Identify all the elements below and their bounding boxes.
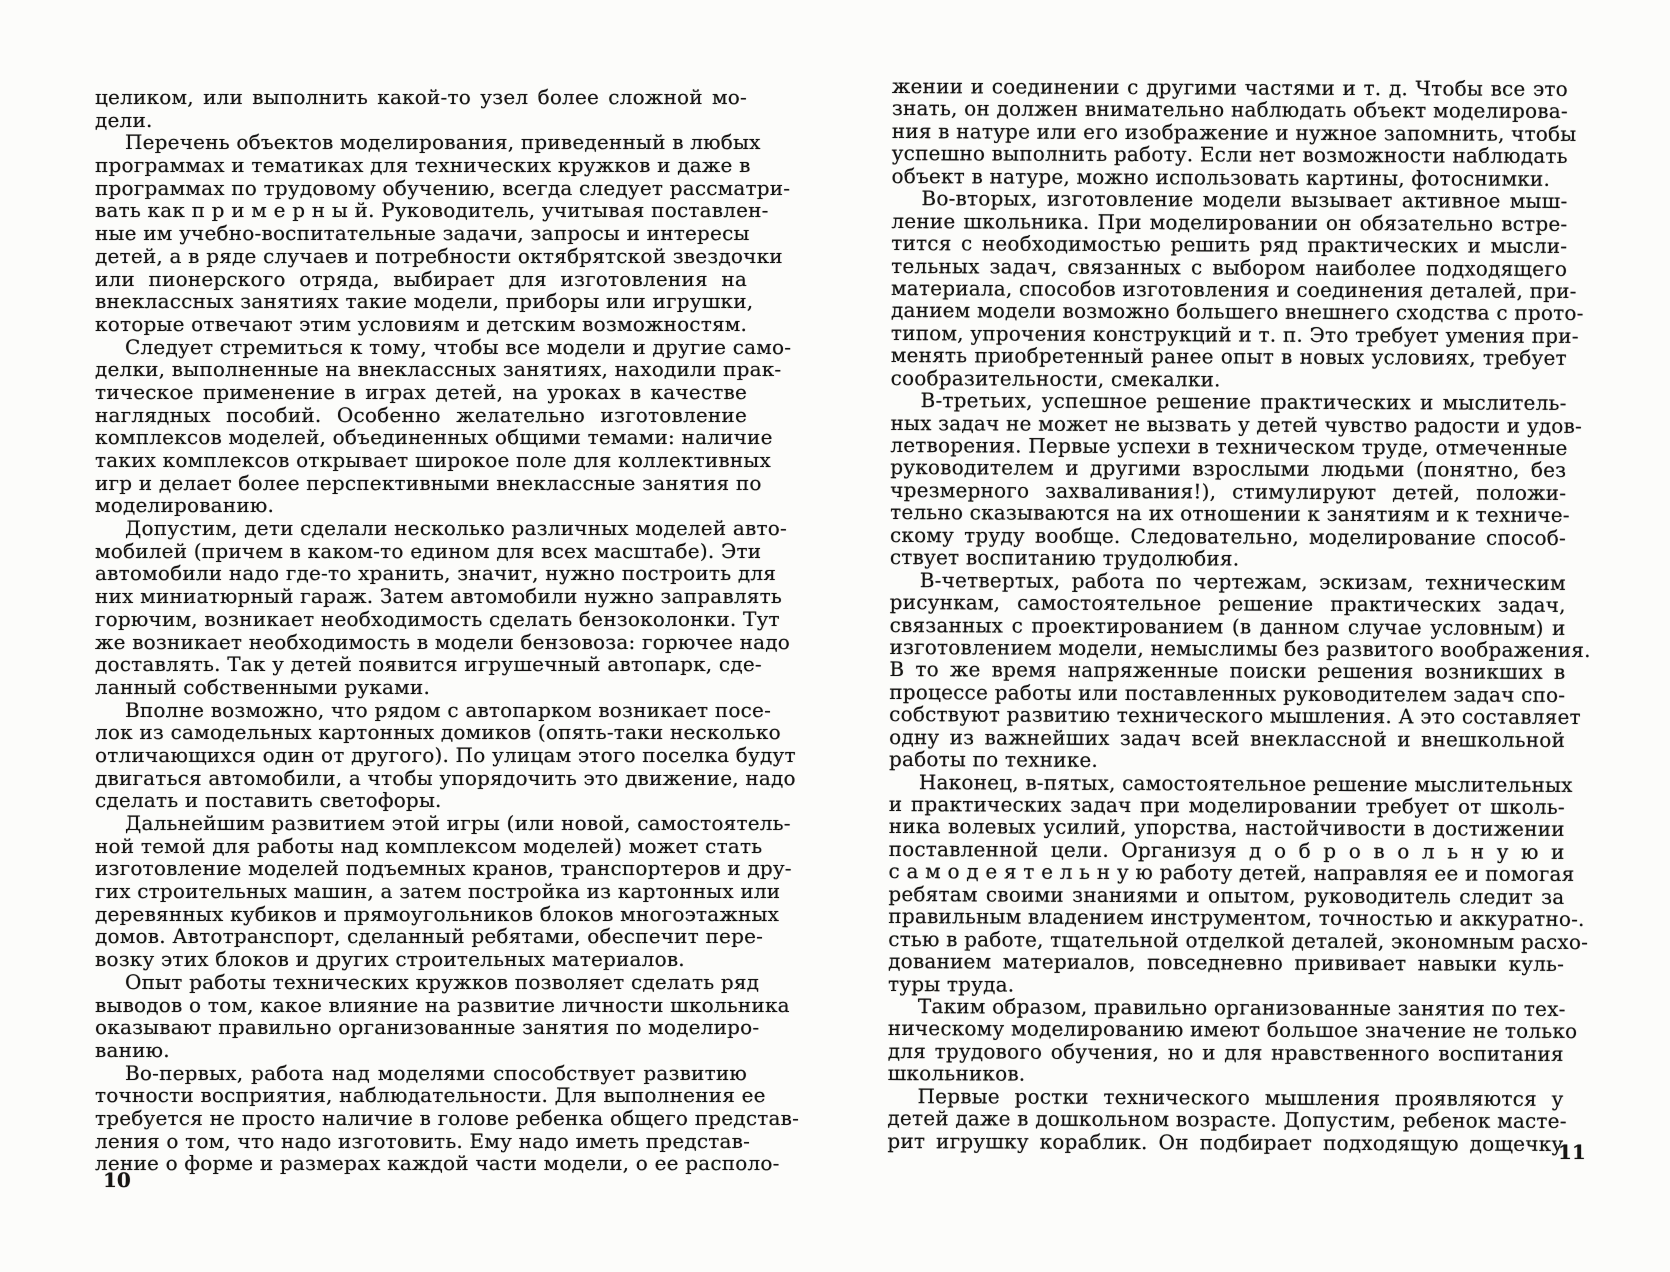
text-line: лок из самодельных картонных домиков (оп… (95, 721, 747, 744)
text-line: горючим, возникает необходимость сделать… (95, 608, 747, 631)
text-line: рит игрушку кораблик. Он подбирает подхо… (887, 1130, 1563, 1155)
text-line: детей, а в ряде случаев и потребности ок… (95, 245, 747, 268)
text-line: делки, выполненные на внеклассных заняти… (95, 358, 747, 381)
text-line: целиком, или выполнить какой-то узел бол… (95, 86, 747, 109)
text-line: внеклассных занятиях такие модели, прибо… (95, 290, 747, 313)
text-line: ные им учебно-воспитательные задачи, зап… (95, 222, 747, 245)
text-line: гих строительных машин, а затем постройк… (95, 880, 747, 903)
text-line: комплексов моделей, объединенных общими … (95, 426, 747, 449)
text-line: наглядных пособий. Особенно желательно и… (95, 404, 747, 427)
text-line: мобилей (причем в каком-то едином для вс… (95, 540, 747, 563)
text-line: которые отвечают этим условиям и детским… (95, 313, 747, 336)
text-line: ванию. (95, 1039, 747, 1062)
text-line: них миниатюрный гараж. Затем автомобили … (95, 585, 747, 608)
text-line: вать как п р и м е р н ы й. Руководитель… (95, 199, 747, 222)
page-left-text-column: целиком, или выполнить какой-то узел бол… (95, 86, 747, 1175)
text-line: возку этих блоков и других строительных … (95, 948, 747, 971)
text-line: моделированию. (95, 494, 747, 517)
text-line: тическое применение в играх детей, на ур… (95, 381, 747, 404)
text-line: двигаться автомобили, а чтобы упорядочит… (95, 767, 747, 790)
text-line: ланный собственными руками. (95, 676, 747, 699)
text-line: Допустим, дети сделали несколько различн… (95, 517, 747, 540)
text-line: домов. Автотранспорт, сделанный ребятами… (95, 925, 747, 948)
text-line: ления о том, что надо изготовить. Ему на… (95, 1130, 747, 1153)
text-line: игр и делает более перспективными внекла… (95, 472, 747, 495)
text-line: доставлять. Так у детей появится игрушеч… (95, 653, 747, 676)
text-line: деревянных кубиков и прямоугольников бло… (95, 903, 747, 926)
text-line: Опыт работы технических кружков позволяе… (95, 971, 747, 994)
text-line: дели. (95, 109, 747, 132)
text-line: требуется не просто наличие в голове реб… (95, 1107, 747, 1130)
text-line: Следует стремиться к тому, чтобы все мод… (95, 336, 747, 359)
text-line: Вполне возможно, что рядом с автопарком … (95, 699, 747, 722)
text-line: ление о форме и размерах каждой части мо… (95, 1152, 747, 1175)
text-line: сделать и поставить светофоры. (95, 789, 747, 812)
text-line: же возникает необходимость в модели бенз… (95, 631, 747, 654)
text-line: ной темой для работы над комплексом моде… (95, 835, 747, 858)
text-line: изготовление моделей подъемных кранов, т… (95, 857, 747, 880)
text-line: Перечень объектов моделирования, приведе… (95, 131, 747, 154)
text-line: отличающихся один от другого). По улицам… (95, 744, 747, 767)
text-line: программах по трудовому обучению, всегда… (95, 177, 747, 200)
page-number-left: 10 (103, 1168, 131, 1192)
text-line: точности восприятия, наблюдательности. Д… (95, 1084, 747, 1107)
page-right-text-column: жении и соединении с другими частями и т… (887, 75, 1568, 1155)
text-line: автомобили надо где-то хранить, значит, … (95, 562, 747, 585)
text-line: выводов о том, какое влияние на развитие… (95, 994, 747, 1017)
text-line: или пионерского отряда, выбирает для изг… (95, 268, 747, 291)
book-spread: целиком, или выполнить какой-то узел бол… (0, 0, 1670, 1272)
text-line: Дальнейшим развитием этой игры (или ново… (95, 812, 747, 835)
page-number-right: 11 (1558, 1140, 1586, 1164)
text-line: программах и тематиках для технических к… (95, 154, 747, 177)
text-line: Во-первых, работа над моделями способств… (95, 1062, 747, 1085)
text-line: таких комплексов открывает широкое поле … (95, 449, 747, 472)
text-line: оказывают правильно организованные занят… (95, 1016, 747, 1039)
